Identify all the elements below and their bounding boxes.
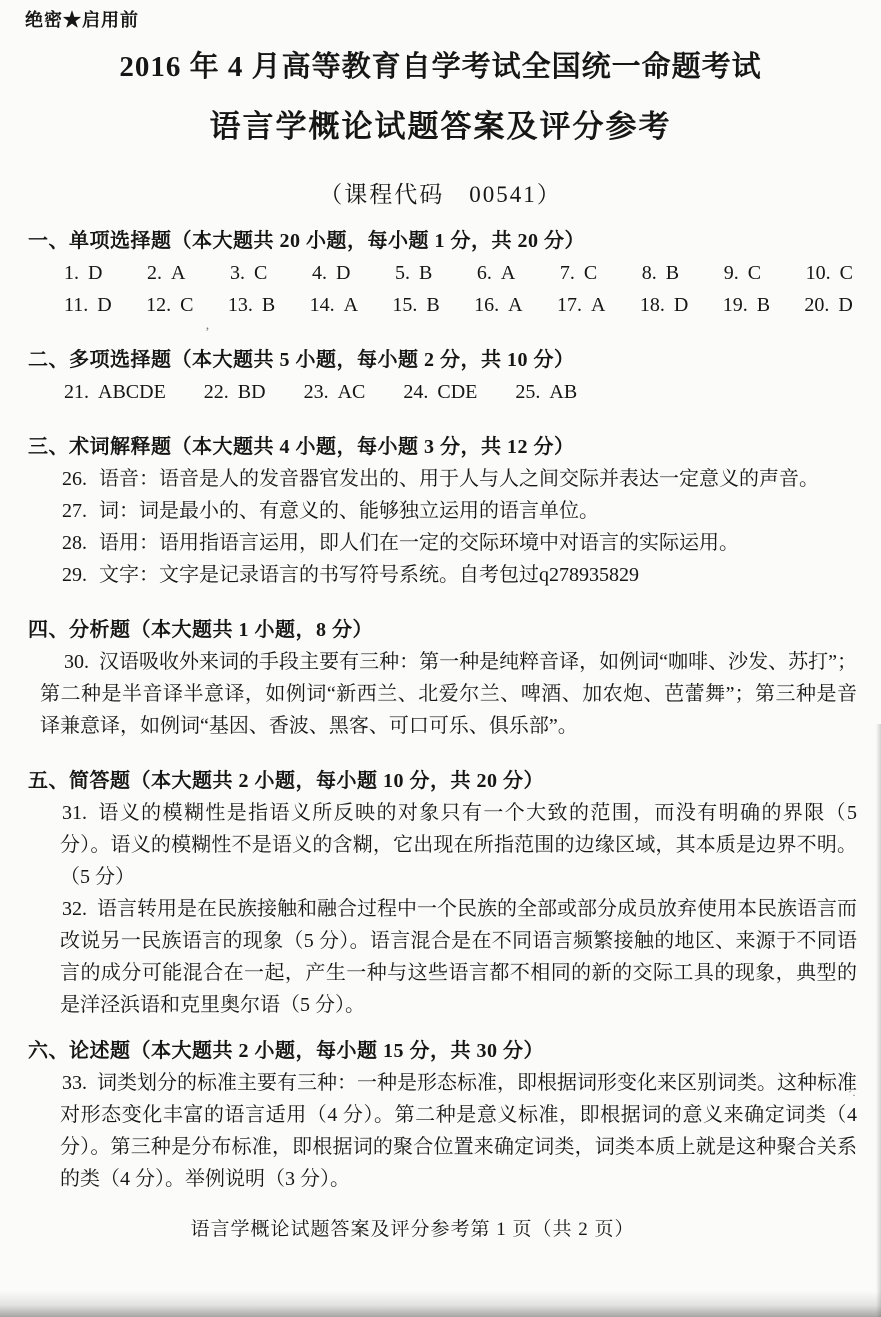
section-heading-short-answer: 五、简答题（本大题共 2 小题，每小题 10 分，共 20 分） [28, 765, 857, 797]
answer-number: 12. [146, 294, 171, 316]
item-text: 语言转用是在民族接触和融合过程中一个民族的全部或部分成员放弃使用本民族语言而改说… [60, 898, 857, 1016]
single-choice-answer-row-1: 1.D 2.A 3.C 4.D 5.B 6.A 7.C 8.B 9.C [28, 257, 857, 289]
answer-item: 2.A [147, 257, 185, 289]
analysis-item: 30.汉语吸收外来词的手段主要有三种：第一种是纯粹音译，如例词“咖啡、沙发、苏打… [28, 646, 857, 742]
section-analysis: 四、分析题（本大题共 1 小题，8 分） 30.汉语吸收外来词的手段主要有三种：… [28, 614, 857, 742]
answer-number: 16. [474, 294, 499, 316]
answer-letter: D [838, 294, 852, 316]
page-footer: 语言学概论试题答案及评分参考第 1 页（共 2 页） [0, 1214, 853, 1241]
section-essay: 六、论述题（本大题共 2 小题，每小题 15 分，共 30 分） 33.词类划分… [28, 1035, 857, 1195]
answer-letters: AC [338, 381, 366, 403]
item-text: 词类划分的标准主要有三种：一种是形态标准，即根据词形变化来区别词类。这种标准对形… [60, 1072, 857, 1190]
answer-number: 2. [147, 262, 162, 284]
section-heading-single-choice: 一、单项选择题（本大题共 20 小题，每小题 1 分，共 20 分） [28, 225, 857, 257]
short-answer-item: 32.语言转用是在民族接触和融合过程中一个民族的全部或部分成员放弃使用本民族语言… [28, 893, 857, 1021]
scan-edge-shadow [876, 724, 881, 1317]
classification-banner: 绝密★启用前 [25, 6, 139, 32]
answer-number: 25. [515, 381, 540, 403]
item-number: 30. [64, 651, 89, 673]
answer-item: 24.CDE [403, 376, 477, 408]
answer-number: 19. [723, 294, 748, 316]
answer-number: 4. [312, 262, 327, 284]
section-heading-analysis: 四、分析题（本大题共 1 小题，8 分） [28, 614, 857, 646]
answer-letter: A [344, 294, 358, 316]
item-text: 语义的模糊性是指语义所反映的对象只有一个大致的范围，而没有明确的界限（5 分）。… [60, 802, 857, 888]
answer-item: 13.B [228, 289, 275, 321]
answer-item: 20.D [804, 289, 852, 321]
answer-letter: C [748, 262, 761, 284]
answer-item: 23.AC [304, 376, 366, 408]
answer-item: 25.AB [515, 376, 577, 408]
answer-number: 11. [64, 294, 88, 316]
answer-letter: A [508, 294, 522, 316]
answer-item: 21.ABCDE [64, 376, 166, 408]
answer-number: 3. [230, 262, 245, 284]
section-multi-choice: 二、多项选择题（本大题共 5 小题，每小题 2 分，共 10 分） 21.ABC… [28, 344, 857, 408]
answer-letter: D [674, 294, 688, 316]
answer-item: 16.A [474, 289, 522, 321]
answer-item: 19.B [723, 289, 770, 321]
answer-number: 23. [304, 381, 329, 403]
answer-item: 4.D [312, 257, 350, 289]
answer-item: 12.C [146, 289, 193, 321]
answer-item: 9.C [724, 257, 761, 289]
answer-letters: CDE [437, 381, 477, 403]
answer-number: 24. [403, 381, 428, 403]
answer-letter: A [171, 262, 185, 284]
answer-letter: D [97, 294, 111, 316]
section-single-choice: 一、单项选择题（本大题共 20 小题，每小题 1 分，共 20 分） 1.D 2… [28, 225, 857, 321]
answer-number: 14. [310, 294, 335, 316]
answer-letter: B [666, 262, 679, 284]
item-text: 词：词是最小的、有意义的、能够独立运用的语言单位。 [99, 500, 599, 522]
item-number: 26. [62, 468, 87, 490]
answer-letter: C [584, 262, 597, 284]
item-text: 文字：文字是记录语言的书写符号系统。自考包过q278935829 [99, 564, 639, 586]
scan-bottom-shadow [0, 1291, 881, 1317]
item-number: 28. [62, 532, 87, 554]
answer-item: 11.D [64, 289, 112, 321]
item-text: 语音：语音是人的发音器官发出的、用于人与人之间交际并表达一定意义的声音。 [99, 468, 819, 490]
term-definition-item: 28.语用：语用指语言运用，即人们在一定的交际环境中对语言的实际运用。 [28, 527, 857, 559]
term-definition-list: 26.语音：语音是人的发音器官发出的、用于人与人之间交际并表达一定意义的声音。 … [28, 463, 857, 591]
answer-item: 18.D [640, 289, 688, 321]
answer-letter: D [336, 262, 350, 284]
answer-number: 1. [64, 262, 79, 284]
answer-letter: C [254, 262, 267, 284]
answer-item: 7.C [560, 257, 597, 289]
item-number: 33. [62, 1072, 87, 1094]
answer-letter: C [180, 294, 193, 316]
section-short-answer: 五、简答题（本大题共 2 小题，每小题 10 分，共 20 分） 31.语义的模… [28, 765, 857, 1021]
section-heading-multi-choice: 二、多项选择题（本大题共 5 小题，每小题 2 分，共 10 分） [28, 344, 857, 376]
answer-number: 9. [724, 262, 739, 284]
section-heading-essay: 六、论述题（本大题共 2 小题，每小题 15 分，共 30 分） [28, 1035, 857, 1067]
answer-letter: C [840, 262, 853, 284]
answer-item: 22.BD [204, 376, 266, 408]
answer-item: 15.B [392, 289, 439, 321]
document-title: 语言学概论试题答案及评分参考 [0, 101, 881, 146]
answer-letter: B [757, 294, 770, 316]
item-text: 语用：语用指语言运用，即人们在一定的交际环境中对语言的实际运用。 [99, 532, 739, 554]
answer-letter: A [501, 262, 515, 284]
scan-artifact: · [852, 688, 857, 704]
scan-artifact: ‚ [205, 318, 210, 334]
answer-number: 6. [477, 262, 492, 284]
document-body: 一、单项选择题（本大题共 20 小题，每小题 1 分，共 20 分） 1.D 2… [0, 225, 881, 1195]
scan-artifact: ´· [848, 1088, 856, 1103]
scanned-exam-answer-page: 绝密★启用前 2016 年 4 月高等教育自学考试全国统一命题考试 语言学概论试… [0, 0, 881, 1317]
answer-number: 15. [392, 294, 417, 316]
term-definition-item: 27.词：词是最小的、有意义的、能够独立运用的语言单位。 [28, 495, 857, 527]
item-number: 27. [62, 500, 87, 522]
item-number: 29. [62, 564, 87, 586]
answer-number: 20. [804, 294, 829, 316]
answer-letters: BD [238, 381, 266, 403]
exam-title: 2016 年 4 月高等教育自学考试全国统一命题考试 [0, 44, 881, 85]
answer-letter: B [426, 294, 439, 316]
term-definition-item: 29.文字：文字是记录语言的书写符号系统。自考包过q278935829 [28, 559, 857, 591]
term-definition-item: 26.语音：语音是人的发音器官发出的、用于人与人之间交际并表达一定意义的声音。 [28, 463, 857, 495]
answer-item: 6.A [477, 257, 515, 289]
answer-number: 13. [228, 294, 253, 316]
multi-choice-answer-row: 21.ABCDE 22.BD 23.AC 24.CDE 25.AB [28, 376, 857, 408]
short-answer-item-list: 31.语义的模糊性是指语义所反映的对象只有一个大致的范围，而没有明确的界限（5 … [28, 797, 857, 1021]
course-code: （课程代码 00541） [0, 176, 881, 209]
section-term-definitions: 三、术词解释题（本大题共 4 小题，每小题 3 分，共 12 分） 26.语音：… [28, 431, 857, 591]
answer-number: 22. [204, 381, 229, 403]
answer-item: 8.B [642, 257, 679, 289]
answer-item: 5.B [395, 257, 432, 289]
short-answer-item: 31.语义的模糊性是指语义所反映的对象只有一个大致的范围，而没有明确的界限（5 … [28, 797, 857, 893]
item-number: 32. [62, 898, 87, 920]
answer-number: 7. [560, 262, 575, 284]
single-choice-answer-row-2: 11.D 12.C 13.B 14.A 15.B 16.A 17.A 18.D … [28, 289, 857, 321]
answer-letters: ABCDE [98, 381, 166, 403]
answer-item: 17.A [557, 289, 605, 321]
answer-letter: A [591, 294, 605, 316]
answer-number: 18. [640, 294, 665, 316]
item-number: 31. [62, 802, 87, 824]
essay-item-list: 33.词类划分的标准主要有三种：一种是形态标准，即根据词形变化来区别词类。这种标… [28, 1067, 857, 1195]
answer-letter: B [419, 262, 432, 284]
essay-item: 33.词类划分的标准主要有三种：一种是形态标准，即根据词形变化来区别词类。这种标… [28, 1067, 857, 1195]
answer-item: 3.C [230, 257, 267, 289]
analysis-item-list: 30.汉语吸收外来词的手段主要有三种：第一种是纯粹音译，如例词“咖啡、沙发、苏打… [28, 646, 857, 742]
answer-item: 10.C [806, 257, 853, 289]
section-heading-term-definitions: 三、术词解释题（本大题共 4 小题，每小题 3 分，共 12 分） [28, 431, 857, 463]
answer-item: 1.D [64, 257, 102, 289]
answer-number: 10. [806, 262, 831, 284]
answer-number: 8. [642, 262, 657, 284]
answer-item: 14.A [310, 289, 358, 321]
item-text: 汉语吸收外来词的手段主要有三种：第一种是纯粹音译，如例词“咖啡、沙发、苏打”；第… [40, 651, 857, 737]
answer-letter: B [262, 294, 275, 316]
answer-number: 17. [557, 294, 582, 316]
answer-letters: AB [549, 381, 577, 403]
answer-letter: D [88, 262, 102, 284]
answer-number: 21. [64, 381, 89, 403]
answer-number: 5. [395, 262, 410, 284]
